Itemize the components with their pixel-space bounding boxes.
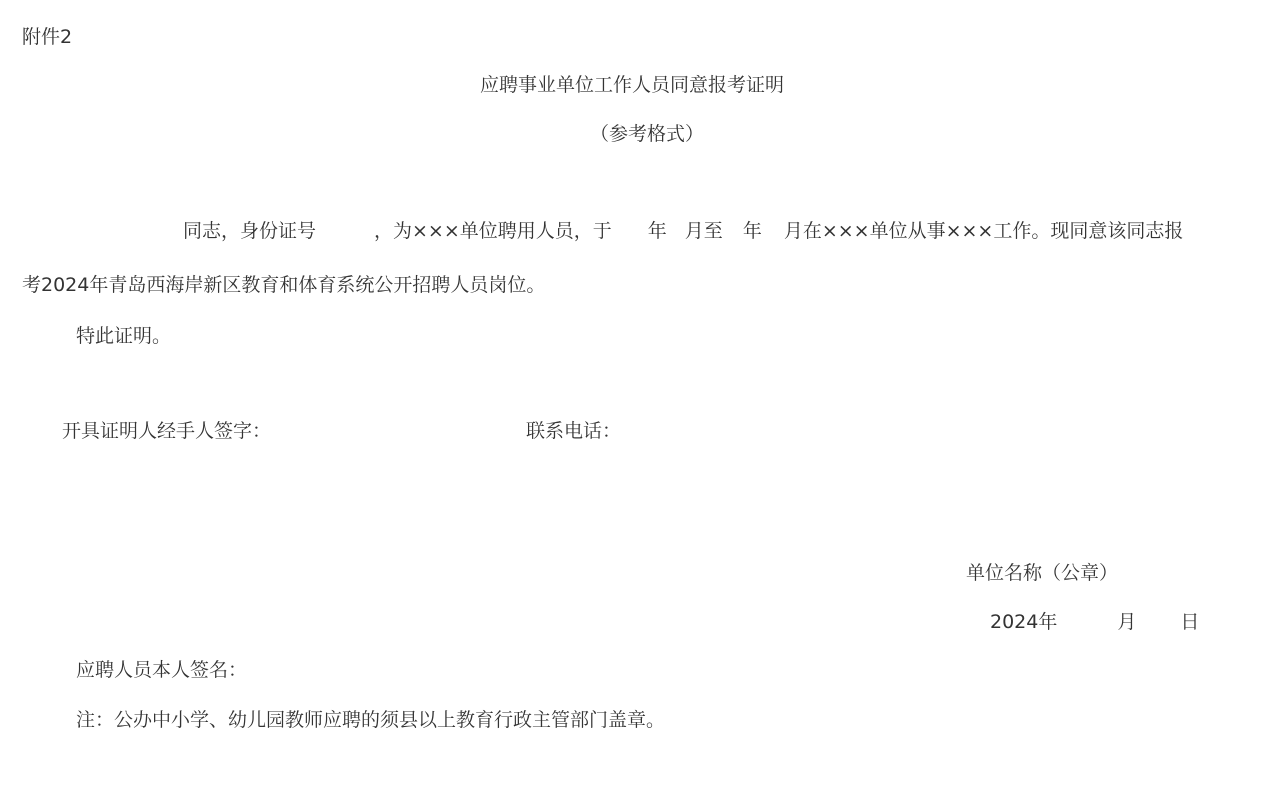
paragraph-1-line-2: 考2024年青岛西海岸新区教育和体育系统公开招聘人员岗位。 xyxy=(22,273,545,297)
attachment-label: 附件2 xyxy=(22,25,72,49)
date-year: 2024年 xyxy=(990,611,1057,633)
phone-label: 联系电话： xyxy=(526,419,621,443)
paragraph-1-line-1: 同志，身份证号，为×××单位聘用人员，于年月至年月在×××单位从事×××工作。现… xyxy=(183,219,1183,243)
date-day: 日 xyxy=(1180,611,1199,633)
date-month: 月 xyxy=(1117,611,1136,633)
para1-month1: 月至 xyxy=(685,220,723,242)
para1-part2: ，为×××单位聘用人员，于 xyxy=(374,220,612,242)
para1-part1: 同志，身份证号 xyxy=(183,220,316,242)
unit-name-seal-label: 单位名称（公章） xyxy=(966,561,1118,585)
para1-month2: 月在×××单位从事×××工作。现同意该同志报 xyxy=(784,220,1184,242)
paragraph-2: 特此证明。 xyxy=(76,324,171,348)
handler-signature-label: 开具证明人经手人签字： xyxy=(62,419,271,443)
para1-year2: 年 xyxy=(743,220,762,242)
document-subtitle: （参考格式） xyxy=(590,122,704,146)
seal-date: 2024年月日 xyxy=(990,610,1199,634)
para1-year1: 年 xyxy=(648,220,667,242)
document-note: 注：公办中小学、幼儿园教师应聘的须县以上教育行政主管部门盖章。 xyxy=(76,708,665,732)
applicant-signature-label: 应聘人员本人签名： xyxy=(76,658,247,682)
document-title: 应聘事业单位工作人员同意报考证明 xyxy=(480,73,784,97)
